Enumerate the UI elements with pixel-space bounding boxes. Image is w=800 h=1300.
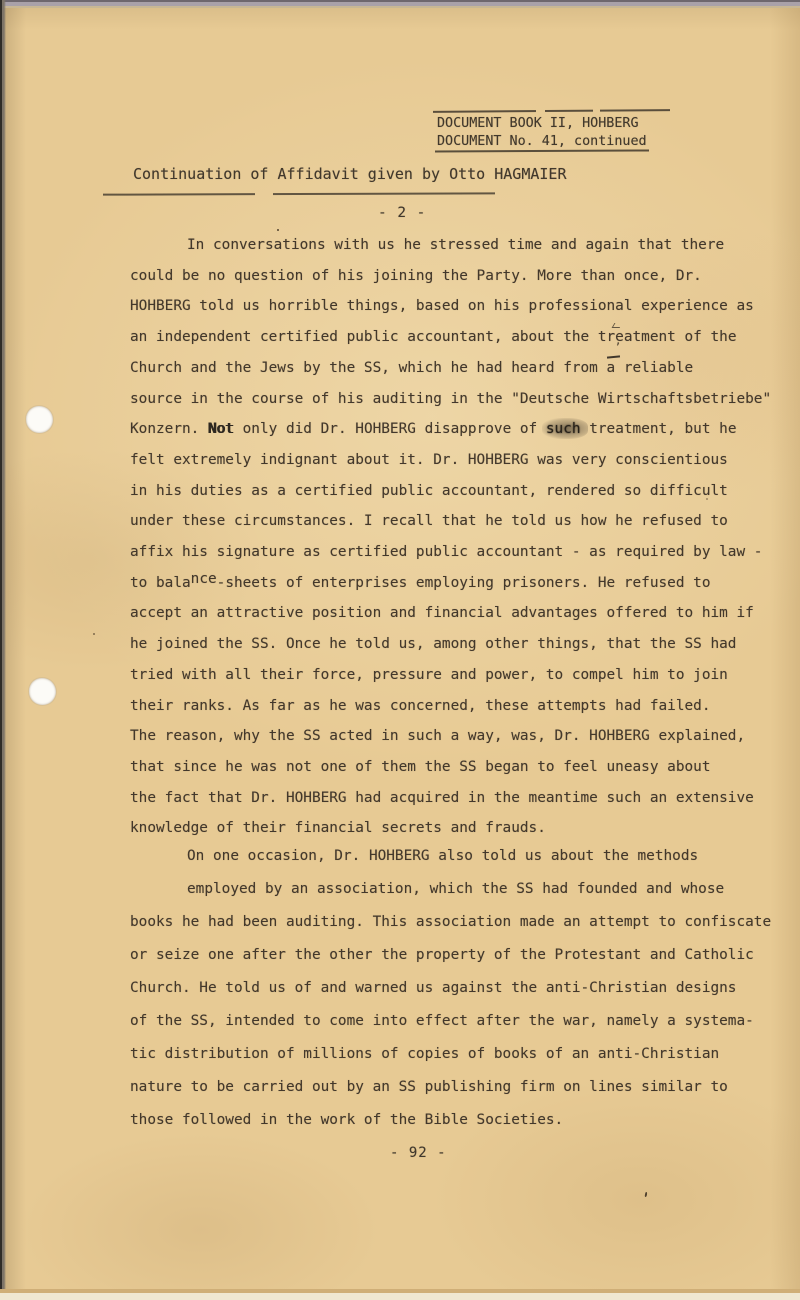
body-line: that since he was not one of them the SS… [130, 759, 710, 775]
body-line: The reason, why the SS acted in such a w… [130, 728, 745, 744]
affidavit-title: Continuation of Affidavit given by Otto … [133, 167, 566, 182]
body-line: their ranks. As far as he was concerned,… [130, 698, 710, 714]
body-line: under these circumstances. I recall that… [130, 513, 728, 529]
scan-edge-left [0, 0, 6, 1300]
overstruck-word: Not [208, 421, 234, 437]
body-line: an independent certified public accounta… [130, 329, 737, 345]
header-book-line: DOCUMENT BOOK II, HOHBERG [437, 117, 639, 130]
body-line: tic distribution of millions of copies o… [130, 1046, 719, 1062]
scan-edge-top [0, 0, 800, 8]
body-line: Church. He told us of and warned us agai… [130, 980, 736, 996]
hole-punch-top [26, 406, 53, 433]
body-line: the fact that Dr. HOHBERG had acquired i… [130, 790, 754, 806]
body-line: In conversations with us he stressed tim… [130, 237, 724, 253]
body-line: accept an attractive position and financ… [130, 605, 754, 621]
paper-speck [645, 1192, 648, 1197]
header-document-line: DOCUMENT No. 41, continued [437, 135, 647, 148]
title-underline [103, 192, 495, 195]
body-line: in his duties as a certified public acco… [130, 483, 728, 499]
hole-punch-bottom [29, 678, 56, 705]
body-line: could be no question of his joining the … [130, 268, 702, 284]
paper-speck [277, 229, 279, 231]
scanned-affidavit-page: DOCUMENT BOOK II, HOHBERG DOCUMENT No. 4… [0, 0, 800, 1300]
body-line: those followed in the work of the Bible … [130, 1112, 563, 1128]
body-line: he joined the SS. Once he told us, among… [130, 636, 736, 652]
ink-blot-word: such [546, 421, 581, 437]
body-line: source in the course of his auditing in … [130, 391, 771, 407]
header-overline [433, 109, 670, 113]
body-line: knowledge of their financial secrets and… [130, 820, 546, 836]
paper-speck [93, 633, 95, 635]
body-line: HOHBERG told us horrible things, based o… [130, 298, 754, 314]
body-line: nature to be carried out by an SS publis… [130, 1079, 728, 1095]
body-line: felt extremely indignant about it. Dr. H… [130, 452, 728, 468]
page-number-bottom: - 92 - [390, 1146, 447, 1160]
paper-speck [706, 498, 708, 500]
body-line: Konzern. Not only did Dr. HOHBERG disapp… [130, 421, 737, 437]
body-line: to balance-sheets of enterprises employi… [130, 575, 711, 591]
raised-letters: nce [191, 571, 217, 587]
body-line: books he had been auditing. This associa… [130, 914, 771, 930]
scan-edge-bottom [0, 1289, 800, 1300]
page-number-top: - 2 - [378, 206, 426, 220]
body-line: affix his signature as certified public … [130, 544, 762, 560]
body-line: employed by an association, which the SS… [130, 881, 724, 897]
body-line: On one occasion, Dr. HOHBERG also told u… [130, 848, 698, 864]
body-line: of the SS, intended to come into effect … [130, 1013, 754, 1029]
body-line: Church and the Jews by the SS, which he … [130, 360, 693, 376]
body-line: tried with all their force, pressure and… [130, 667, 728, 683]
overtype-mark: treatment [598, 329, 676, 345]
dash-over-a-mark: a reliable [607, 360, 694, 376]
header-underline [435, 149, 649, 152]
body-line: or seize one after the other the propert… [130, 947, 754, 963]
